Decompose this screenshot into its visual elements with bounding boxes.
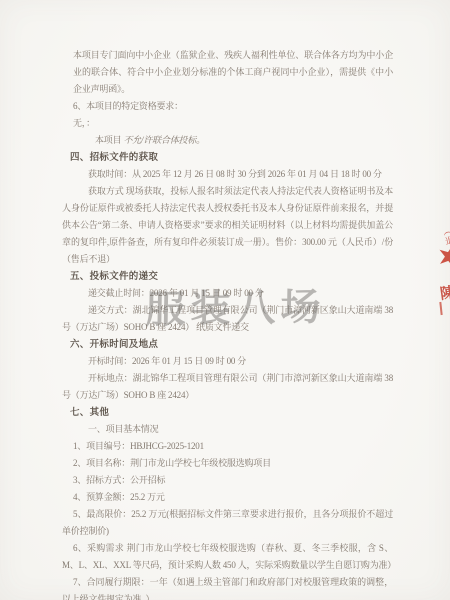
official-seal-partial: （退 ★ 陳 xyxy=(424,224,450,320)
procurement-demand-paragraph: 6、采购需求 荆门市龙山学校七年级校服选购（春秋、夏、冬三季校服，含 S、M、L… xyxy=(62,540,393,574)
sme-intro-paragraph: 本项目专门面向中小企业（监狱企业、残疾人福利性单位、联合体各方均为中小企业的联合… xyxy=(62,47,393,98)
seal-text-fragment-bottom: 陳 xyxy=(439,281,450,304)
bid-opening-time-line: 开标时间：2026 年 01 月 15 日 09 时 00 分 xyxy=(62,353,393,370)
none-line: 无，： xyxy=(62,115,393,132)
scanned-document-page: 本项目专门面向中小企业（监狱企业、残疾人福利性单位、联合体各方均为中小企业的联合… xyxy=(0,0,450,600)
consortium-prefix: 本项目 xyxy=(95,135,123,145)
section-6-heading: 六、开标时间及地点 xyxy=(62,336,393,353)
obtain-time-line: 获取时间：从 2025 年 12 月 26 日 08 时 30 分到 2026 … xyxy=(62,166,393,183)
seal-text-fragment-top: （退 xyxy=(441,225,450,247)
seal-star-icon: ★ xyxy=(432,239,450,275)
consortium-bid-line: 本项目 不允/许联合体投标。 xyxy=(62,132,393,149)
submission-deadline-line: 递交截止时间：2026 年 01 月 15 日 09 时 00 分 xyxy=(62,285,393,302)
max-price-paragraph: 5、最高限价：25.2 万元(根据招标文件第三章要求进行报价，且各分项报价不超过… xyxy=(62,506,393,540)
budget-amount-line: 4、预算金额：25.2 万元 xyxy=(62,489,393,506)
tender-method-line: 3、招标方式：公开招标 xyxy=(62,472,393,489)
obtain-method-paragraph: 获取方式 现场获取，投标人报名时须法定代表人持法定代表人资格证明书及本人身份证原… xyxy=(62,183,393,268)
section-5-heading: 五、投标文件的递交 xyxy=(62,268,393,285)
project-number-line: 1、项目编号：HBJHCG-2025-1201 xyxy=(62,438,393,455)
section-7-heading: 七、其他 xyxy=(62,404,393,421)
item-specific-qualification: 6、本项目的特定资格要求： xyxy=(62,98,393,115)
bid-opening-place-paragraph: 开标地点：湖北锦华工程项目管理有限公司（荆门市漳河新区象山大道南端 38 号（万… xyxy=(62,370,393,404)
contract-term-paragraph: 7、合同履行期限：一年（如遇上级主管部门和政府部门对校服管理政策的调整，以上级文… xyxy=(62,574,393,600)
section-4-heading: 四、招标文件的获取 xyxy=(62,149,393,166)
submission-method-paragraph: 递交方式：湖北锦华工程项目管理有限公司（荆门市漳河新区象山大道南端 38 号（万… xyxy=(62,302,393,336)
consortium-not-allowed: 不允/许联合体投标。 xyxy=(123,135,205,145)
project-name-line: 2、项目名称：荆门市龙山学校七年级校服选购项目 xyxy=(62,455,393,472)
seal-edge-mark xyxy=(439,302,442,315)
document-body: 本项目专门面向中小企业（监狱企业、残疾人福利性单位、联合体各方均为中小企业的联合… xyxy=(62,47,393,600)
project-basic-info-subheading: 一、项目基本情况 xyxy=(62,421,393,438)
